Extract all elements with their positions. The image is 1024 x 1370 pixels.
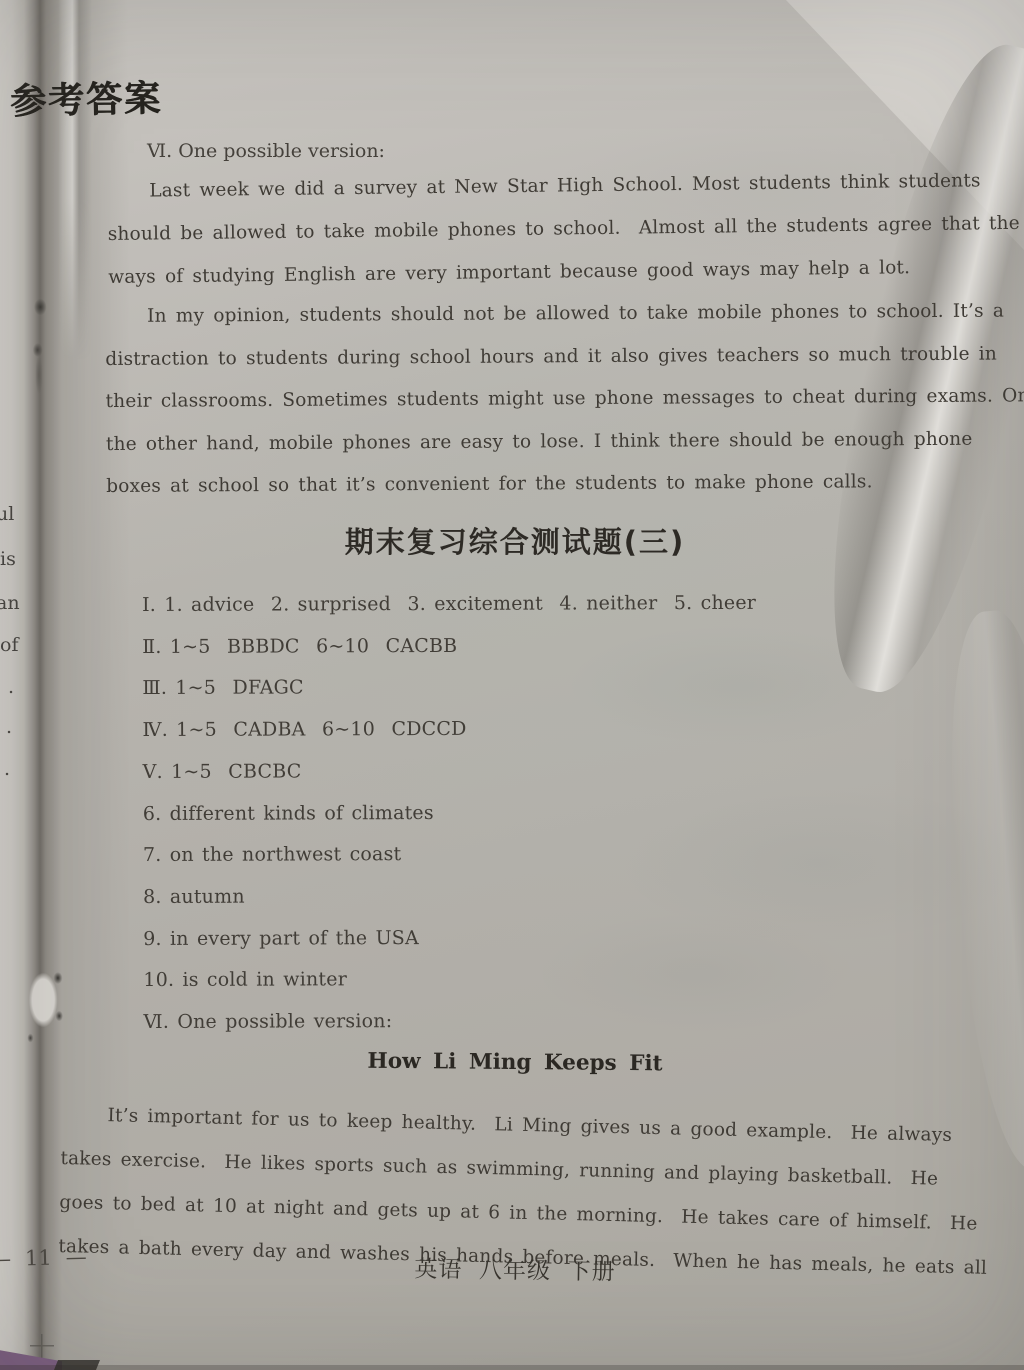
page-number-value: 11 (25, 1246, 52, 1271)
spine-tear-lower (8, 950, 72, 1050)
essay-paragraph-1: Last week we did a survey at New Star Hi… (107, 159, 1021, 299)
answer-line: Ⅵ. One possible version: (143, 1000, 757, 1044)
edge-text-fragment: an (0, 592, 20, 614)
essay-paragraph-2: In my opinion, students should not be al… (105, 290, 1024, 508)
answer-line: 6. different kinds of climates (143, 791, 757, 835)
answer-line: Ⅱ. 1~5 BBBDC 6~10 CACBB (142, 625, 756, 669)
text-line: their classrooms. Sometimes students mig… (106, 375, 1024, 423)
text-line: distraction to students during school ho… (105, 333, 1024, 381)
edge-text-fragment: ul (0, 503, 14, 525)
edge-text-fragment: of (0, 634, 18, 656)
edge-text-fragment: . (6, 716, 12, 738)
answer-line: Ⅲ. 1~5 DFAGC (142, 666, 756, 710)
edge-text-fragment: . (8, 676, 14, 698)
text-line: In my opinion, students should not be al… (105, 290, 1024, 338)
page-number: —11— (0, 1245, 87, 1272)
answer-line: Ⅳ. 1~5 CADBA 6~10 CDCCD (142, 708, 756, 752)
answer-list: Ⅰ. 1. advice 2. surprised 3. excitement … (142, 583, 758, 1044)
edge-text-fragment: is (0, 548, 16, 570)
text-line: boxes at school so that it’s convenient … (106, 460, 1024, 508)
answer-key-label: 参考答案 (9, 70, 162, 124)
answer-line: 9. in every part of the USA (143, 916, 757, 960)
page-number-dash-left: — (0, 1247, 11, 1272)
spine-tear-upper (26, 295, 52, 395)
registration-cross-mark (30, 1334, 54, 1358)
book-page-photo: 参考答案 Ⅵ. One possible version: Last week … (0, 0, 1024, 1370)
answer-line: 7. on the northwest coast (143, 833, 757, 877)
answer-line: Ⅰ. 1. advice 2. surprised 3. excitement … (142, 583, 756, 627)
answer-line: 8. autumn (143, 875, 757, 919)
photo-bottom-edge (0, 1365, 1024, 1370)
answer-line: Ⅴ. 1~5 CBCBC (143, 750, 757, 794)
answer-line: 10. is cold in winter (143, 958, 757, 1002)
section-vi-heading-top: Ⅵ. One possible version: (147, 140, 385, 162)
test-section-title: 期末复习综合测试题(三) (90, 520, 940, 561)
text-line: the other hand, mobile phones are easy t… (106, 418, 1024, 466)
edge-text-fragment: . (4, 758, 10, 780)
page-number-dash-right: — (65, 1245, 87, 1270)
